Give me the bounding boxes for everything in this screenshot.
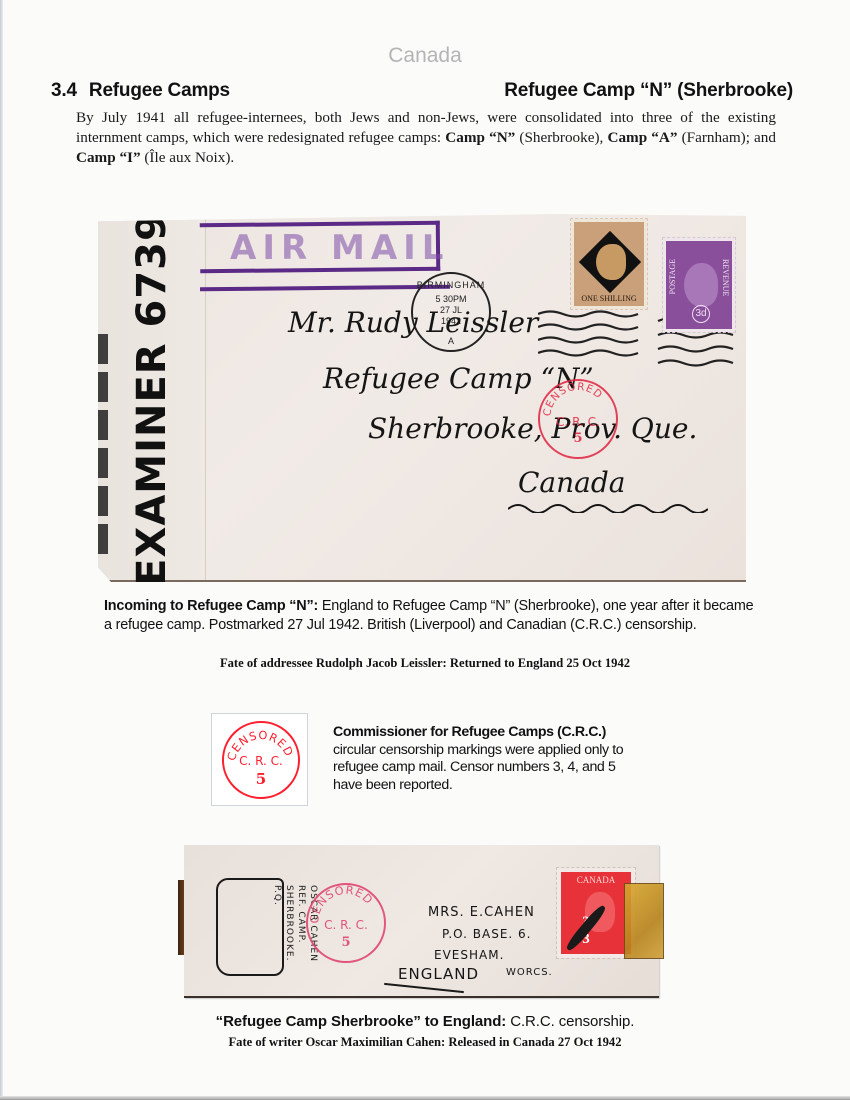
svg-text:CENSORED: CENSORED: [541, 381, 605, 417]
stamp-value: 3d: [692, 305, 710, 323]
cover-incoming-envelope: EXAMINER 6739 AIR MAIL ONE SHILLING POST…: [98, 214, 746, 582]
country-heading: Canada: [0, 44, 850, 68]
section-number: 3.4: [51, 80, 77, 101]
cover-outgoing-envelope: OSCAR CAHEN REF. CAMP. SHERBROOKE. P.Q. …: [184, 845, 659, 998]
underlying-label-text: [98, 334, 108, 554]
cover2-fate-note: Fate of writer Oscar Maximilian Cahen: R…: [0, 1035, 850, 1050]
stamp-threepence: POSTAGE REVENUE 3d: [663, 238, 735, 332]
cover2-tape-tab: [624, 883, 664, 959]
address-line: Mr. Rudy Leissler: [288, 306, 538, 339]
cover2-caption: “Refugee Camp Sherbrooke” to England: C.…: [0, 1013, 850, 1030]
cover1-fate-note: Fate of addressee Rudolph Jacob Leissler…: [0, 656, 850, 671]
king-portrait-icon: [596, 244, 626, 280]
section-title-text: Refugee Camps: [89, 80, 230, 101]
crc-censor-mark: CENSORED C. R. C. 5: [538, 379, 618, 459]
examiner-label-text: EXAMINER 6739: [129, 212, 175, 586]
address-line: ENGLAND: [398, 965, 479, 983]
page-left-edge: [0, 0, 3, 1100]
king-portrait-icon: [684, 263, 718, 307]
airmail-cachet-text: AIR MAIL: [230, 228, 449, 268]
address-underline-icon: [508, 499, 708, 513]
crc-marking-illustration: CENSORED C. R. C. 5: [211, 713, 308, 806]
page-title: Refugee Camp “N” (Sherbrooke): [504, 80, 793, 102]
crc-censor-mark: CENSORED C. R. C. 5: [306, 883, 386, 963]
address-line: MRS. E.CAHEN: [428, 905, 535, 920]
address-line: EVESHAM.: [434, 948, 504, 962]
page-bottom-edge: [0, 1096, 850, 1100]
address-underline: [384, 983, 464, 993]
stamp-value: ONE SHILLING: [574, 295, 644, 303]
address-line: Sherbrooke, Prov. Que.: [368, 412, 697, 445]
address-line: P.O. BASE. 6.: [442, 927, 532, 941]
intro-paragraph: By July 1941 all refugee-internees, both…: [76, 108, 776, 168]
stamp-one-shilling: ONE SHILLING: [571, 219, 647, 309]
section-title: 3.4 Refugee Camps: [51, 80, 230, 102]
crc-censor-mark: CENSORED C. R. C. 5: [222, 721, 300, 799]
address-line: WORCS.: [506, 967, 553, 978]
address-line: Canada: [518, 466, 625, 499]
cover1-caption: Incoming to Refugee Camp “N”: England to…: [104, 597, 754, 634]
crc-description: Commissioner for Refugee Camps (C.R.C.) …: [333, 724, 643, 794]
censor-label-strip: EXAMINER 6739: [98, 214, 206, 580]
